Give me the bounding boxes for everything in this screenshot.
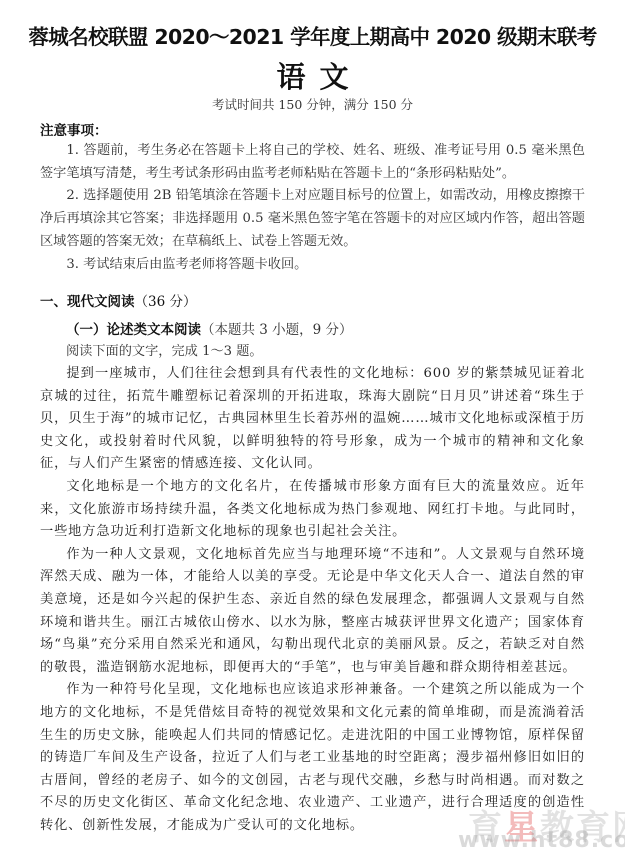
subsection-heading: （一）论述类文本阅读（本题共 3 小题，9 分）	[66, 318, 353, 338]
subsection-title: （一）论述类文本阅读	[66, 322, 201, 338]
subsection-detail: （本题共 3 小题，9 分）	[201, 322, 353, 338]
notes-list: 1. 答题前，考生务必在答题卡上将自己的学校、姓名、班级、准考证号用 0.5 毫…	[40, 140, 585, 276]
section-title: 一、现代文阅读	[40, 294, 135, 310]
reading-passage: 提到一座城市，人们往往会想到具有代表性的文化地标：600 岁的紫禁城见证着北京城…	[40, 363, 585, 837]
passage-paragraph: 作为一种人文景观，文化地标首先应当与地理环境“不违和”。人文景观与自然环境浑然天…	[40, 544, 585, 680]
exam-info: 考试时间共 150 分钟，满分 150 分	[0, 95, 625, 113]
exam-title: 蓉城名校联盟 2020～2021 学年度上期高中 2020 级期末联考	[0, 20, 625, 50]
note-item: 1. 答题前，考生务必在答题卡上将自己的学校、姓名、班级、准考证号用 0.5 毫…	[40, 140, 585, 185]
passage-paragraph: 提到一座城市，人们往往会想到具有代表性的文化地标：600 岁的紫禁城见证着北京城…	[40, 363, 585, 476]
exam-page: 蓉城名校联盟 2020～2021 学年度上期高中 2020 级期末联考 语文 考…	[0, 0, 625, 852]
subject-title: 语文	[0, 55, 625, 96]
note-item: 2. 选择题使用 2B 铅笔填涂在答题卡上对应题目标号的位置上，如需改动，用橡皮…	[40, 185, 585, 253]
notes-heading: 注意事项：	[40, 119, 108, 139]
section-heading: 一、现代文阅读（36 分）	[40, 290, 196, 310]
reading-instruction: 阅读下面的文字，完成 1～3 题。	[66, 340, 263, 359]
note-item: 3. 考试结束后由监考老师将答题卡收回。	[40, 254, 585, 277]
passage-paragraph: 作为一种符号化呈现，文化地标也应该追求形神兼备。一个建筑之所以能成为一个地方的文…	[40, 679, 585, 837]
section-score: （36 分）	[135, 294, 197, 310]
passage-paragraph: 文化地标是一个地方的文化名片，在传播城市形象方面有巨大的流量效应。近年来，文化旅…	[40, 476, 585, 544]
